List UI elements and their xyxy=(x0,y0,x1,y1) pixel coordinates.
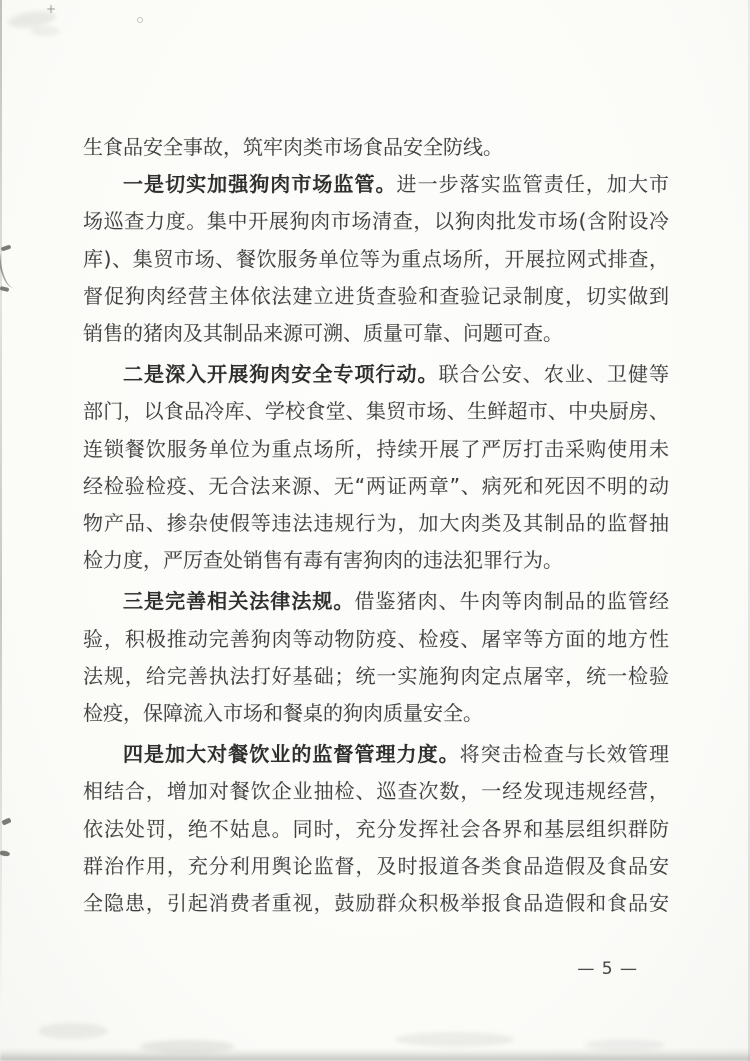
scanned-page: 生食品安全事故，筑牢肉类市场食品安全防线。一是切实加强狗肉市场监管。进一步落实监… xyxy=(0,0,750,1061)
paragraph-lead: 二是深入开展狗肉安全专项行动。 xyxy=(123,362,439,386)
scan-left-edge-line xyxy=(0,0,2,1010)
text-line: 督促狗肉经营主体依法建立进货查验和查验记录制度，切实做到 xyxy=(83,278,669,315)
scan-smudge xyxy=(140,1040,235,1053)
paragraph: 生食品安全事故，筑牢肉类市场食品安全防线。 xyxy=(83,129,669,166)
page-number: — 5 — xyxy=(0,959,638,979)
scan-smudge xyxy=(585,1039,665,1051)
text-line: 生食品安全事故，筑牢肉类市场食品安全防线。 xyxy=(83,129,669,166)
scan-smudge xyxy=(7,9,57,31)
paragraph: 一是切实加强狗肉市场监管。进一步落实监管责任，加大市场巡查力度。集中开展狗肉市场… xyxy=(83,166,669,352)
paragraph: 三是完善相关法律法规。借鉴猪肉、牛肉等肉制品的监管经验，积极推动完善狗肉等动物防… xyxy=(83,583,669,732)
scan-smudge xyxy=(395,1032,515,1047)
text-line: 四是加大对餐饮业的监督管理力度。将突击检查与长效管理 xyxy=(83,736,669,773)
text-line: 检疫，保障流入市场和餐桌的狗肉质量安全。 xyxy=(83,695,669,732)
paragraph-lead: 一是切实加强狗肉市场监管。 xyxy=(123,172,397,196)
text-line: 法规，给完善执法打好基础；统一实施狗肉定点屠宰，统一检验 xyxy=(83,658,669,695)
text-line: 库)、集贸市场、餐饮服务单位等为重点场所，开展拉网式排查， xyxy=(83,241,669,278)
text-line: 检力度，严厉查处销售有毒有害狗肉的违法犯罪行为。 xyxy=(83,542,669,579)
text-line: 部门，以食品冷库、学校食堂、集贸市场、生鲜超市、中央厨房、 xyxy=(83,393,669,430)
text-line: 相结合，增加对餐饮企业抽检、巡查次数，一经发现违规经营， xyxy=(83,773,669,810)
scan-edge-mark xyxy=(0,850,10,857)
scan-bottom-shadow xyxy=(0,1048,750,1061)
text-line: 二是深入开展狗肉安全专项行动。联合公安、农业、卫健等 xyxy=(83,356,669,393)
paragraph: 二是深入开展狗肉安全专项行动。联合公安、农业、卫健等部门，以食品冷库、学校食堂、… xyxy=(83,356,669,579)
text-line: 销售的猪肉及其制品来源可溯、质量可靠、问题可查。 xyxy=(83,315,669,352)
text-line: 三是完善相关法律法规。借鉴猪肉、牛肉等肉制品的监管经 xyxy=(83,583,669,620)
text-line: 经检验检疫、无合法来源、无“两证两章”、病死和死因不明的动 xyxy=(83,468,669,505)
text-line: 场巡查力度。集中开展狗肉市场清查，以狗肉批发市场(含附设冷 xyxy=(83,203,669,240)
paragraph-lead: 四是加大对餐饮业的监督管理力度。 xyxy=(123,742,460,766)
text-line: 依法处罚，绝不姑息。同时，充分发挥社会各界和基层组织群防 xyxy=(83,811,669,848)
scan-edge-mark xyxy=(1,817,11,825)
scan-edge-mark xyxy=(0,252,15,289)
paragraph: 四是加大对餐饮业的监督管理力度。将突击检查与长效管理相结合，增加对餐饮企业抽检、… xyxy=(83,736,669,922)
text-line: 连锁餐饮服务单位为重点场所，持续开展了严厉打击采购使用未 xyxy=(83,431,669,468)
text-line: 一是切实加强狗肉市场监管。进一步落实监管责任，加大市 xyxy=(83,166,669,203)
scan-edge-mark xyxy=(0,286,9,292)
text-line: 全隐患，引起消费者重视，鼓励群众积极举报食品造假和食品安 xyxy=(83,885,669,922)
text-line: 物产品、掺杂使假等违法违规行为，加大肉类及其制品的监督抽 xyxy=(83,505,669,542)
text-line: 群治作用，充分利用舆论监督，及时报道各类食品造假及食品安 xyxy=(83,848,669,885)
scan-plus-mark: + xyxy=(46,2,56,16)
scan-smudge xyxy=(38,1023,108,1039)
scan-smudge xyxy=(30,26,60,36)
document-body: 生食品安全事故，筑牢肉类市场食品安全防线。一是切实加强狗肉市场监管。进一步落实监… xyxy=(83,129,669,922)
scan-edge-mark xyxy=(1,245,12,252)
text-line: 验，积极推动完善狗肉等动物防疫、检疫、屠宰等方面的地方性 xyxy=(83,621,669,658)
scan-dot-mark xyxy=(137,17,143,23)
paragraph-lead: 三是完善相关法律法规。 xyxy=(123,589,354,613)
